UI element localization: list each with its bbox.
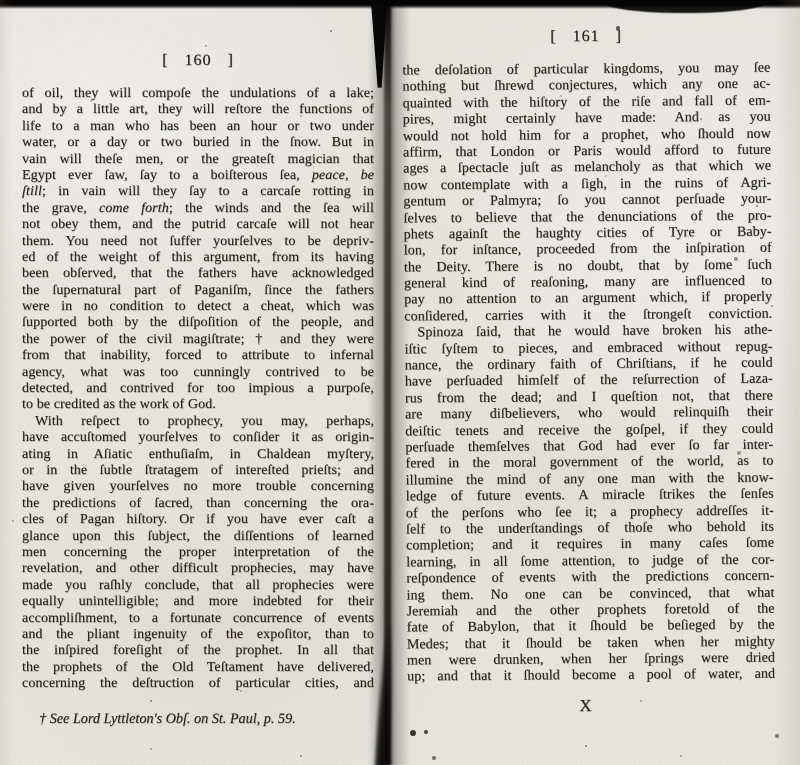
text-line: were in no condition to detect a cheat, … [22, 299, 374, 315]
text-line: up; and that it ſhould become a pool of … [407, 667, 775, 686]
text-line: agency, what was too cunningly contrived… [22, 365, 374, 381]
text-line: detected, and contrived for too impious … [22, 381, 374, 397]
text-line: ſtill; in vain will they ſay to a carcaſ… [22, 184, 374, 200]
text-line: equally unintelligible; and more indebte… [22, 594, 374, 610]
text-line: not obey them, and the putrid carcaſe wi… [22, 217, 374, 233]
text-line: the inſpired foreſight of the prophet. I… [22, 643, 374, 659]
text-line: from that inability, forced to attribute… [22, 348, 374, 364]
text-line: cles of Pagan hiſtory. Or if you have ev… [22, 512, 374, 528]
text-line: ating in Aſiatic enthuſiaſm, in Chaldean… [22, 447, 374, 463]
right-page-edge-shading [774, 0, 800, 765]
text-line: accompliſhment, to a fortunate concurren… [22, 611, 374, 627]
text-line: ed of the weight of this argument, from … [22, 250, 374, 266]
book-scan: [ 160 ] of oil, they will compoſe the un… [0, 0, 800, 765]
left-page-footnote: † See Lord Lyttleton's Obſ. on St. Paul,… [22, 711, 374, 728]
text-line: or in the ſubtle ſtratagem of intereſted… [22, 463, 374, 479]
scan-edge-blob [600, 0, 770, 13]
text-line: of oil, they will compoſe the undulation… [22, 86, 374, 102]
right-page-text: the deſolation of particular kingdoms, y… [402, 61, 775, 687]
text-line: life to a man who has been an hour or tw… [22, 119, 374, 135]
text-line: Egypt ever ſaw, ſay to a boiſterous ſea,… [22, 168, 374, 184]
text-line: water, or a day or two buried in the ſno… [22, 135, 374, 151]
text-line: the predictions of ſacred, than concerni… [22, 496, 374, 512]
text-line: the grave, come forth; the winds and the… [22, 201, 374, 217]
paper-specks [0, 0, 2, 2]
text-line: the power of the civil magiſtrate; † and… [22, 332, 374, 348]
text-line: revelation, and other difficult propheci… [22, 561, 374, 577]
right-page: [ 161 ] the deſolation of particular kin… [402, 25, 775, 718]
right-page-number: [ 161 ] [402, 25, 770, 50]
text-line: made you raſhly conclude, that all proph… [22, 578, 374, 594]
text-line: ſupported both by the diſpoſition of the… [22, 315, 374, 331]
text-line: men concerning the proper interpretation… [22, 545, 374, 561]
text-line: them. You need not ſuffer yourſelves to … [22, 234, 374, 250]
text-line: to be credited as the work of God. [22, 397, 374, 413]
text-line: have given yourſelves no more trouble co… [22, 479, 374, 495]
text-line: glance upon this ſubject, the diſſention… [22, 529, 374, 545]
text-line: With reſpect to prophecy, you may, perha… [22, 414, 374, 430]
left-page-text: of oil, they will compoſe the undulation… [22, 86, 374, 692]
text-line: and the pliant ingenuity of the expoſito… [22, 627, 374, 643]
text-line: vain will theſe men, or the greateſt mag… [22, 152, 374, 168]
text-line: the ſupernatural part of Paganiſm, ſince… [22, 283, 374, 299]
left-page-edge-shading [0, 0, 14, 765]
text-line: have accuſtomed yourſelves to conſider i… [22, 430, 374, 446]
text-line: the prophets of the Old Teſtament have d… [22, 660, 374, 676]
text-line: and by a little art, they will reſtore t… [22, 102, 374, 118]
text-line: concerning the deſtruction of particular… [22, 676, 374, 692]
left-page-number: [ 160 ] [22, 50, 374, 72]
text-line: been obſerved, that the fathers have ack… [22, 266, 374, 282]
signature-mark: X [407, 694, 775, 717]
left-page: [ 160 ] of oil, they will compoſe the un… [22, 50, 374, 728]
